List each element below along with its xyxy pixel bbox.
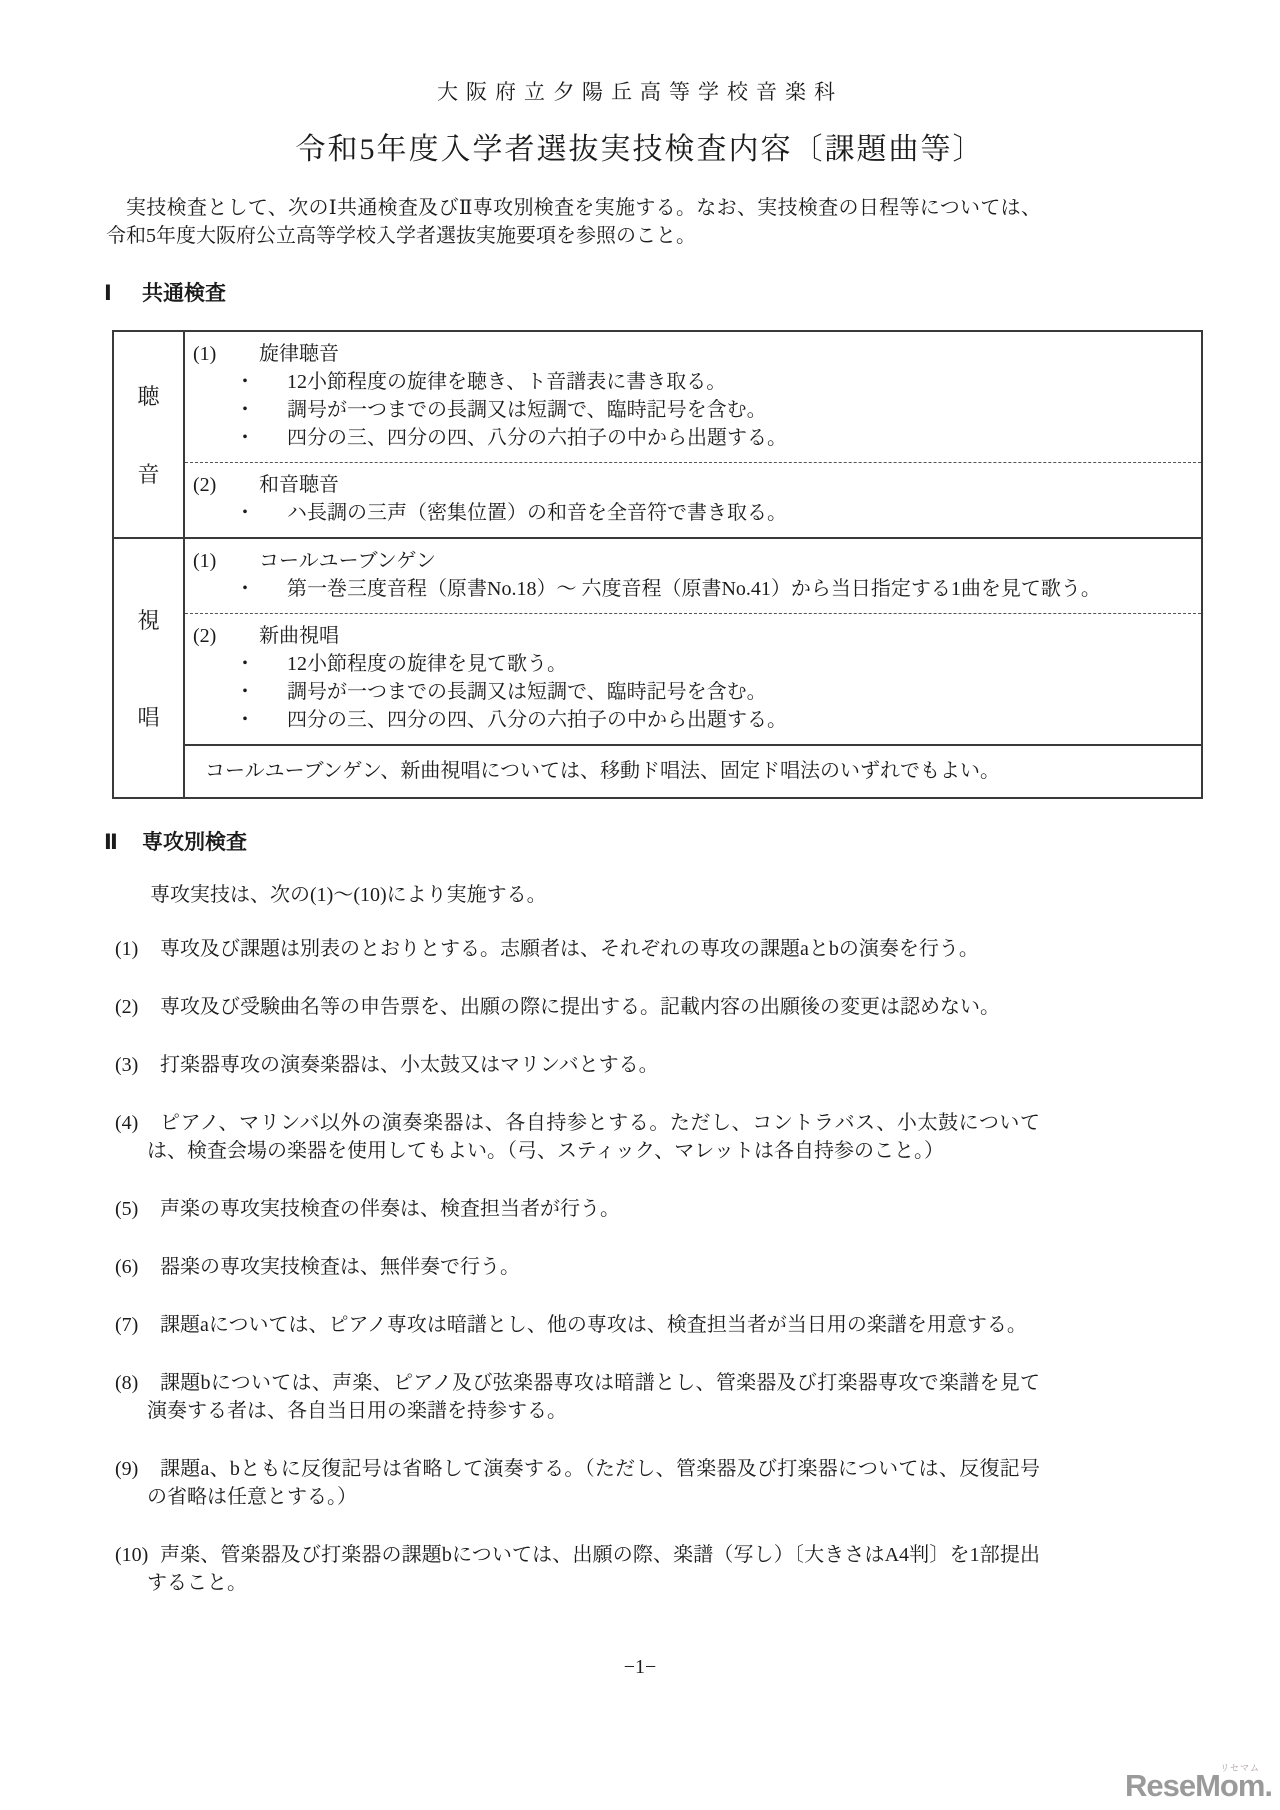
item-text: 専攻及び課題は別表のとおりとする。志願者は、それぞれの専攻の課題aとbの演奏を行… xyxy=(147,935,1040,963)
bullet-text: 調号が一つまでの長調又は短調で、臨時記号を含む。 xyxy=(287,396,767,424)
item-number: (2) xyxy=(115,993,138,1021)
item-text: 声楽の専攻実技検査の伴奏は、検査担当者が行う。 xyxy=(147,1195,1040,1223)
item-number: (4) xyxy=(115,1109,138,1137)
section2-items: (1) 専攻及び課題は別表のとおりとする。志願者は、それぞれの専攻の課題aとbの… xyxy=(105,935,1040,1597)
list-item: (8) 課題bについては、声楽、ピアノ及び弦楽器専攻は暗譜とし、管楽器及び打楽器… xyxy=(105,1369,1040,1425)
item-number: (7) xyxy=(115,1311,138,1339)
section2-heading-label: 専攻別検査 xyxy=(142,831,247,854)
item-number: (9) xyxy=(115,1455,138,1483)
school-name: 大阪府立夕陽丘高等学校音楽科 xyxy=(0,0,1280,106)
list-item: (3) 打楽器専攻の演奏楽器は、小太鼓又はマリンバとする。 xyxy=(105,1051,1040,1079)
item-text: 課題bについては、声楽、ピアノ及び弦楽器専攻は暗譜とし、管楽器及び打楽器専攻で楽… xyxy=(147,1369,1040,1425)
block-number: (1) xyxy=(193,547,259,575)
item-text: 器楽の専攻実技検査は、無伴奏で行う。 xyxy=(147,1253,1040,1281)
table-row-sight-singing: 視 唱 (1)コールユーブンゲン 第一巻三度音程（原書No.18）～ 六度音程（… xyxy=(114,537,1201,797)
section1-numeral: Ⅰ xyxy=(104,280,120,308)
row-content-sight-singing: (1)コールユーブンゲン 第一巻三度音程（原書No.18）～ 六度音程（原書No… xyxy=(185,539,1201,797)
item-text: ピアノ、マリンバ以外の演奏楽器は、各自持参とする。ただし、コントラバス、小太鼓に… xyxy=(147,1109,1040,1165)
bullet-text: 12小節程度の旋律を聴き、ト音譜表に書き取る。 xyxy=(287,368,726,396)
item-text: 打楽器専攻の演奏楽器は、小太鼓又はマリンバとする。 xyxy=(147,1051,1040,1079)
bullet-text: 12小節程度の旋律を見て歌う。 xyxy=(287,650,567,678)
list-item: (6) 器楽の専攻実技検査は、無伴奏で行う。 xyxy=(105,1253,1040,1281)
bullet-text: ハ長調の三声（密集位置）の和音を全音符で書き取る。 xyxy=(287,499,787,527)
block-chord-dictation: (2)和音聴音 ハ長調の三声（密集位置）の和音を全音符で書き取る。 xyxy=(185,462,1201,537)
bullet-text: 調号が一つまでの長調又は短調で、臨時記号を含む。 xyxy=(287,678,767,706)
section2-heading: Ⅱ専攻別検査 xyxy=(104,829,1280,857)
bullet-line: 第一巻三度音程（原書No.18）～ 六度音程（原書No.41）から当日指定する1… xyxy=(235,575,1187,603)
item-number: (3) xyxy=(115,1051,138,1079)
table-row-listening: 聴 音 (1)旋律聴音 12小節程度の旋律を聴き、ト音譜表に書き取る。 調号が一… xyxy=(114,332,1201,537)
intro-paragraph: 実技検査として、次のⅠ共通検査及びⅡ専攻別検査を実施する。なお、実技検査の日程等… xyxy=(106,194,1041,250)
section2-numeral: Ⅱ xyxy=(104,829,120,857)
list-item: (7) 課題aについては、ピアノ専攻は暗譜とし、他の専攻は、検査担当者が当日用の… xyxy=(105,1311,1040,1339)
common-exam-table: 聴 音 (1)旋律聴音 12小節程度の旋律を聴き、ト音譜表に書き取る。 調号が一… xyxy=(112,330,1203,799)
list-item: (4) ピアノ、マリンバ以外の演奏楽器は、各自持参とする。ただし、コントラバス、… xyxy=(105,1109,1040,1165)
bullet-line: 調号が一つまでの長調又は短調で、臨時記号を含む。 xyxy=(235,396,1187,424)
item-text: 課題a、bともに反復記号は省略して演奏する。（ただし、管楽器及び打楽器については… xyxy=(147,1455,1040,1511)
bullet-line: 四分の三、四分の四、八分の六拍子の中から出題する。 xyxy=(235,424,1187,452)
list-item: (1) 専攻及び課題は別表のとおりとする。志願者は、それぞれの専攻の課題aとbの… xyxy=(105,935,1040,963)
row-label-char: 唱 xyxy=(137,701,159,732)
block-head: (1)コールユーブンゲン xyxy=(193,547,1187,575)
item-number: (8) xyxy=(115,1369,138,1397)
block-title: 新曲視唱 xyxy=(259,625,339,647)
item-text: 専攻及び受験曲名等の申告票を、出願の際に提出する。記載内容の出願後の変更は認めな… xyxy=(147,993,1040,1021)
resemom-watermark-katakana: リセマム xyxy=(1220,1761,1260,1774)
block-title: 旋律聴音 xyxy=(259,343,339,365)
block-number: (1) xyxy=(193,340,259,368)
item-text: 声楽、管楽器及び打楽器の課題bについては、出願の際、楽譜（写し）〔大きさはA4判… xyxy=(147,1541,1040,1597)
row-label-char: 音 xyxy=(137,458,159,489)
bullet-line: 12小節程度の旋律を見て歌う。 xyxy=(235,650,1187,678)
block-new-piece-singing: (2)新曲視唱 12小節程度の旋律を見て歌う。 調号が一つまでの長調又は短調で、… xyxy=(185,613,1201,744)
block-title: コールユーブンゲン xyxy=(259,550,436,572)
bullet-line: ハ長調の三声（密集位置）の和音を全音符で書き取る。 xyxy=(235,499,1187,527)
block-number: (2) xyxy=(193,471,259,499)
section2-intro: 専攻実技は、次の(1)～(10)により実施する。 xyxy=(150,881,1280,909)
block-choruebungen: (1)コールユーブンゲン 第一巻三度音程（原書No.18）～ 六度音程（原書No… xyxy=(185,539,1201,613)
block-head: (2)新曲視唱 xyxy=(193,622,1187,650)
resemom-watermark-logo: リセマムReseMom. xyxy=(1125,1768,1272,1804)
row-label-char: 視 xyxy=(137,604,159,635)
bullet-line: 四分の三、四分の四、八分の六拍子の中から出題する。 xyxy=(235,706,1187,734)
bullet-text: 第一巻三度音程（原書No.18）～ 六度音程（原書No.41）から当日指定する1… xyxy=(287,575,1101,603)
page-number: −1− xyxy=(0,1656,1280,1679)
list-item: (2) 専攻及び受験曲名等の申告票を、出願の際に提出する。記載内容の出願後の変更… xyxy=(105,993,1040,1021)
list-item: (10) 声楽、管楽器及び打楽器の課題bについては、出願の際、楽譜（写し）〔大き… xyxy=(105,1541,1040,1597)
item-text: 課題aについては、ピアノ専攻は暗譜とし、他の専攻は、検査担当者が当日用の楽譜を用… xyxy=(147,1311,1040,1339)
block-melody-dictation: (1)旋律聴音 12小節程度の旋律を聴き、ト音譜表に書き取る。 調号が一つまでの… xyxy=(185,332,1201,462)
table-note: コールユーブンゲン、新曲視唱については、移動ド唱法、固定ド唱法のいずれでもよい。 xyxy=(185,744,1201,797)
document-page: 大阪府立夕陽丘高等学校音楽科 令和5年度入学者選抜実技検査内容〔課題曲等〕 実技… xyxy=(0,0,1280,1810)
item-number: (5) xyxy=(115,1195,138,1223)
block-head: (1)旋律聴音 xyxy=(193,340,1187,368)
list-item: (5) 声楽の専攻実技検査の伴奏は、検査担当者が行う。 xyxy=(105,1195,1040,1223)
section1-heading: Ⅰ共通検査 xyxy=(104,280,1280,308)
bullet-text: 四分の三、四分の四、八分の六拍子の中から出題する。 xyxy=(287,424,787,452)
bullet-line: 調号が一つまでの長調又は短調で、臨時記号を含む。 xyxy=(235,678,1187,706)
list-item: (9) 課題a、bともに反復記号は省略して演奏する。（ただし、管楽器及び打楽器に… xyxy=(105,1455,1040,1511)
row-content-listening: (1)旋律聴音 12小節程度の旋律を聴き、ト音譜表に書き取る。 調号が一つまでの… xyxy=(185,332,1201,537)
item-number: (6) xyxy=(115,1253,138,1281)
item-number: (1) xyxy=(115,935,138,963)
section1-heading-label: 共通検査 xyxy=(142,282,226,305)
doc-title: 令和5年度入学者選抜実技検査内容〔課題曲等〕 xyxy=(0,124,1280,168)
block-title: 和音聴音 xyxy=(259,474,339,496)
row-label-sight-singing: 視 唱 xyxy=(114,539,185,797)
row-label-listening: 聴 音 xyxy=(114,332,185,537)
bullet-line: 12小節程度の旋律を聴き、ト音譜表に書き取る。 xyxy=(235,368,1187,396)
block-head: (2)和音聴音 xyxy=(193,471,1187,499)
item-number: (10) xyxy=(115,1541,148,1569)
row-label-char: 聴 xyxy=(137,380,159,411)
block-number: (2) xyxy=(193,622,259,650)
bullet-text: 四分の三、四分の四、八分の六拍子の中から出題する。 xyxy=(287,706,787,734)
